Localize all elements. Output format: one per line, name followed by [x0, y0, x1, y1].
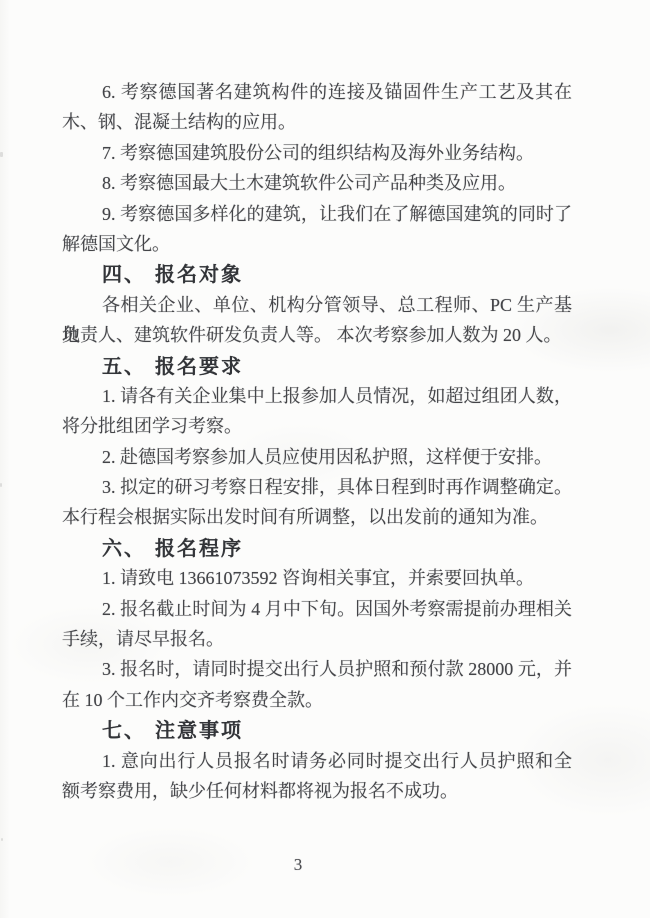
section-heading: 七、 注意事项 [62, 715, 572, 745]
scan-speck [1, 838, 3, 841]
document-line: 6. 考察德国著名建筑构件的连接及锚固件生产工艺及其在 [62, 77, 572, 107]
scanned-document-page: 6. 考察德国著名建筑构件的连接及锚固件生产工艺及其在木、钢、混凝土结构的应用。… [0, 0, 650, 918]
scan-speck [0, 483, 2, 487]
document-line: 1. 请各有关企业集中上报参加人员情况，如超过组团人数， [62, 381, 572, 411]
document-line: 在 10 个工作内交齐考察费全款。 [62, 685, 572, 715]
document-line: 3. 拟定的研习考察日程安排，具体日程到时再作调整确定。 [62, 472, 572, 502]
document-line: 手续，请尽早报名。 [62, 624, 572, 654]
document-line: 3. 报名时，请同时提交出行人员护照和预付款 28000 元，并 [62, 654, 572, 684]
document-line: 额考察费用，缺少任何材料都将视为报名不成功。 [62, 776, 572, 806]
document-body: 6. 考察德国著名建筑构件的连接及锚固件生产工艺及其在木、钢、混凝土结构的应用。… [62, 77, 572, 806]
document-line: 本行程会根据实际出发时间有所调整，以出发前的通知为准。 [62, 502, 572, 532]
section-heading: 六、 报名程序 [62, 533, 572, 563]
document-line: 2. 赴德国考察参加人员应使用因私护照，这样便于安排。 [62, 442, 572, 472]
document-line: 木、钢、混凝土结构的应用。 [62, 107, 572, 137]
section-heading: 五、 报名要求 [62, 351, 572, 381]
document-line: 2. 报名截止时间为 4 月中下旬。因国外考察需提前办理相关 [62, 594, 572, 624]
section-heading: 四、 报名对象 [62, 259, 572, 289]
document-line: 9. 考察德国多样化的建筑，让我们在了解德国建筑的同时了 [62, 199, 572, 229]
document-line: 1. 意向出行人员报名时请务必同时提交出行人员护照和全 [62, 746, 572, 776]
document-line: 各相关企业、单位、机构分管领导、总工程师、PC 生产基地 [62, 290, 572, 320]
document-line: 7. 考察德国建筑股份公司的组织结构及海外业务结构。 [62, 138, 572, 168]
document-line: 将分批组团学习考察。 [62, 411, 572, 441]
document-line: 1. 请致电 13661073592 咨询相关事宜，并索要回执单。 [62, 563, 572, 593]
page-number: 3 [283, 855, 313, 875]
document-line: 负责人、建筑软件研发负责人等。 本次考察参加人数为 20 人。 [62, 320, 572, 350]
scan-speck [0, 152, 3, 157]
document-line: 8. 考察德国最大土木建筑软件公司产品种类及应用。 [62, 168, 572, 198]
document-line: 解德国文化。 [62, 229, 572, 259]
